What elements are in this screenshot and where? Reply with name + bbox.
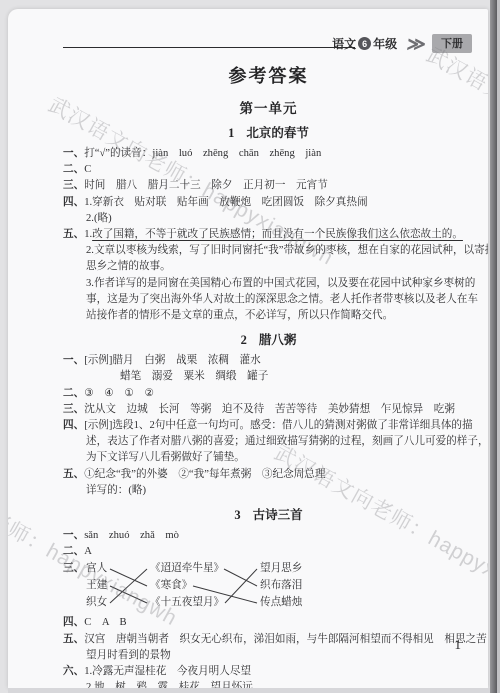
- book-page: 语文 6 年级 ≫ 下册 参考答案 第一单元 1北京的春节 一、打“√”的读音：…: [8, 9, 488, 688]
- page-title: 参考答案: [63, 62, 474, 88]
- lesson-number: 1: [228, 126, 234, 140]
- answer-line: 五、①纪念“我”的外婆 ②“我”每年煮粥 ③纪念周总理: [63, 467, 474, 483]
- match-label: 三、: [63, 562, 84, 576]
- page-number: 1: [455, 637, 462, 653]
- answer-line: 站接作者的情形不是文章的重点，不必详写，所以只作简略交代。: [63, 308, 474, 324]
- lesson-title: 腊八粥: [259, 333, 297, 347]
- answer-line: 二、③ ④ ① ②: [63, 386, 474, 402]
- header-edition: 语文 6 年级 ≫ 下册: [332, 34, 472, 53]
- answer-line: 为下文详写八儿看粥做好了铺垫。: [63, 450, 474, 466]
- lesson-number: 2: [241, 333, 247, 347]
- match-item: 织布落泪: [260, 579, 302, 593]
- answer-line: 事，这是为了突出海外华人对故土的深深思念之情。老人托作者带枣核以及老人在车: [63, 292, 474, 308]
- lesson-number: 3: [234, 508, 240, 522]
- book-edge-shadow: [490, 0, 497, 693]
- lesson-2-answers: 一、[示例]腊月 白粥 战栗 浓稠 灌水蜡笔 溺爱 粟米 绸缎 罐子二、③ ④ …: [63, 353, 474, 499]
- answer-line: 二、C: [63, 162, 474, 178]
- answer-line: 一、[示例]腊月 白粥 战栗 浓稠 灌水: [63, 353, 474, 369]
- answer-line: 四、C A B: [63, 615, 474, 631]
- volume-badge: 下册: [432, 34, 472, 53]
- answer-line: 一、sǎn zhuó zhǎ mò: [63, 528, 474, 544]
- grade-suffix-label: 年级: [373, 35, 397, 52]
- answer-line: 2.(略): [63, 211, 474, 227]
- match-item: 《寒食》: [150, 579, 192, 593]
- answer-line: 五、1.改了国籍，不等于就改了民族感情；而且没有一个民族像我们这么依恋故土的。: [63, 227, 474, 243]
- answer-line: 2.地 树 鸦 露 桂花 望月怀远: [63, 680, 474, 688]
- answer-line: 3.作者详写的是同窗在美国精心布置的中国式花园，以及要在花园中试种家乡枣树的: [63, 276, 474, 292]
- answer-line: 四、1.穿新衣 贴对联 贴年画 放鞭炮 吃团圆饭 除夕真热闹: [63, 195, 474, 211]
- answer-line: 蜡笔 溺爱 粟米 绸缎 罐子: [63, 369, 474, 385]
- lesson-heading-1: 1北京的春节: [63, 123, 474, 141]
- unit-title: 第一单元: [63, 97, 474, 117]
- matching-diagram: 三、 宫人 王建 织女 《迢迢牵牛星》 《寒食》 《十五夜望月》 望月思乡 织布…: [63, 561, 474, 613]
- match-item: 传点蜡烛: [260, 596, 302, 610]
- answer-line: 述，表达了作者对腊八粥的喜爱；通过细致描写猜粥的过程，刻画了八儿可爱的样子，也: [63, 434, 474, 450]
- subject-label: 语文: [332, 35, 356, 52]
- match-item: 《迢迢牵牛星》: [150, 562, 224, 576]
- lesson-title: 北京的春节: [246, 126, 309, 140]
- lesson-heading-2: 2腊八粥: [63, 330, 474, 348]
- double-chevron-icon: ≫: [406, 35, 427, 53]
- answer-line: 三、沈从文 边城 长河 等粥 迫不及待 苦苦等待 美妙猜想 乍见惊异 吃粥: [63, 402, 474, 418]
- answer-line: 望月时看到的景物: [63, 648, 474, 664]
- answer-line: 二、A: [63, 544, 474, 560]
- answer-line: 2.文章以枣核为线索，写了旧时同窗托“我”带故乡的枣核，想在自家的花园试种，以寄…: [63, 243, 474, 259]
- answer-line: 一、打“√”的读音：jiàn luó zhēng chān zhēng jiàn: [63, 146, 474, 162]
- page-bottom-shadow: [8, 688, 490, 693]
- grade-number-badge: 6: [358, 37, 371, 50]
- match-item: 织女: [86, 596, 107, 610]
- lesson-heading-3: 3古诗三首: [63, 505, 474, 523]
- answer-line: 六、1.冷露无声湿桂花 今夜月明人尽望: [63, 664, 474, 680]
- page-header: 语文 6 年级 ≫ 下册: [63, 31, 474, 49]
- header-rule: [63, 47, 355, 49]
- answer-line: 五、汉宫 唐朝当朝者 织女无心织布，涕泪如雨，与牛郎隔河相望而不得相见 相思之苦: [63, 632, 474, 648]
- answer-line: 详写的：(略): [63, 483, 474, 499]
- page-photo: 语文 6 年级 ≫ 下册 参考答案 第一单元 1北京的春节 一、打“√”的读音：…: [0, 0, 500, 693]
- match-item: 《十五夜望月》: [150, 596, 224, 610]
- lesson-3-answers: 一、sǎn zhuó zhǎ mò二、A: [63, 528, 474, 560]
- answer-line: 四、[示例]选段1、2句中任意一句均可。感受：借八儿的猜测对粥做了非常详细具体的…: [63, 418, 474, 434]
- answer-line: 三、时间 腊八 腊月二十三 除夕 正月初一 元宵节: [63, 178, 474, 194]
- match-item: 宫人: [86, 562, 107, 576]
- lesson-3-answers-continued: 四、C A B五、汉宫 唐朝当朝者 织女无心织布，涕泪如雨，与牛郎隔河相望而不得…: [63, 615, 474, 688]
- lesson-title: 古诗三首: [253, 508, 303, 522]
- answer-line: 思乡之情的故事。: [63, 259, 474, 275]
- match-item: 望月思乡: [260, 562, 302, 576]
- match-item: 王建: [86, 579, 107, 593]
- answers-content: 参考答案 第一单元 1北京的春节 一、打“√”的读音：jiàn luó zhēn…: [63, 62, 474, 688]
- lesson-1-answers: 一、打“√”的读音：jiàn luó zhēng chān zhēng jiàn…: [63, 146, 474, 324]
